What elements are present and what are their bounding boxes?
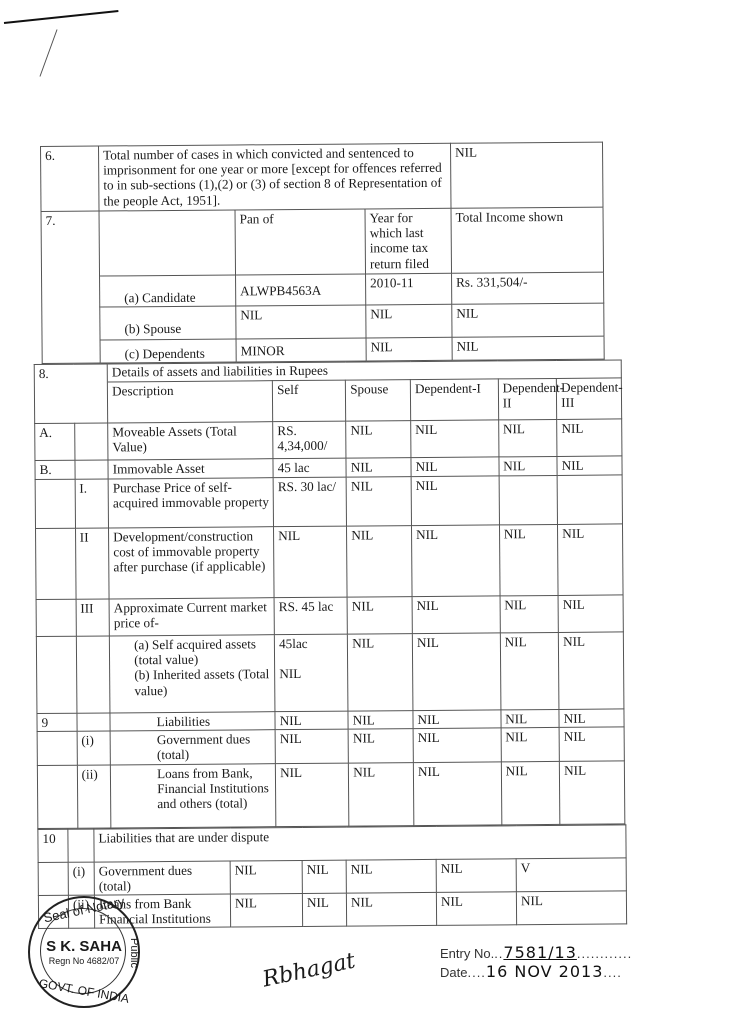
assets-table: 8. Details of assets and liabilities in … xyxy=(34,360,626,829)
section-6-value: NIL xyxy=(450,142,603,208)
header-pan: Pan of xyxy=(235,209,366,275)
signature: Rbhagat xyxy=(260,949,357,993)
section-7-header: 7. Pan of Year for which last income tax… xyxy=(41,207,603,276)
table-row: (ii)Loans from Bank, Financial Instituti… xyxy=(37,760,624,828)
header-year: Year for which last income tax return fi… xyxy=(365,208,452,274)
section-number: 10 xyxy=(38,829,68,862)
section-6-row: 6. Total number of cases in which convic… xyxy=(41,142,603,211)
table-row: (a) Self acquired assets (total value) (… xyxy=(36,632,624,714)
section-10-title-row: 10 Liabilities that are under dispute xyxy=(38,824,626,862)
affidavit-form: 6. Total number of cases in which convic… xyxy=(40,141,627,929)
notary-seal: Seal of Notary Public S K. SAHA Regn No … xyxy=(28,896,140,1008)
header-income: Total Income shown xyxy=(451,207,604,273)
table-row: I.Purchase Price of self-acquired immova… xyxy=(35,475,622,529)
section-number: 8. xyxy=(34,364,107,382)
entry-number: 7581/13 xyxy=(503,943,576,962)
table-row: (a) Candidate ALWPB4563A 2010-11 Rs. 331… xyxy=(42,272,604,308)
table-row: A.Moveable Assets (Total Value)RS. 4,34,… xyxy=(35,419,622,461)
scanned-page: 6. Total number of cases in which convic… xyxy=(0,0,747,1024)
table-row: IIDevelopment/construction cost of immov… xyxy=(36,524,624,600)
income-table: 6. Total number of cases in which convic… xyxy=(40,142,605,365)
disputed-liabilities-table: 10 Liabilities that are under dispute (i… xyxy=(37,824,627,929)
section-10-title: Liabilities that are under dispute xyxy=(94,824,626,861)
table-row: (b) Spouse NIL NIL NIL xyxy=(42,303,604,340)
table-row: IIIApproximate Current market price of-R… xyxy=(36,595,623,637)
section-number: 7. xyxy=(41,211,100,364)
table-header-row: Description Self Spouse Dependent-I Depe… xyxy=(34,378,621,424)
scan-mark xyxy=(39,29,57,76)
section-6-text: Total number of cases in which convicted… xyxy=(99,143,451,211)
table-row: (i)Government dues (total)NILNILNILNILNI… xyxy=(37,727,624,765)
scan-mark xyxy=(4,10,119,24)
entry-date: 16 NOV 2013 xyxy=(486,962,603,981)
entry-stamp: Entry No...7581/13............ Date....1… xyxy=(440,944,632,982)
section-number: 6. xyxy=(41,146,100,211)
table-row: (i)Government dues (total)NILNILNILNILV xyxy=(38,857,626,895)
